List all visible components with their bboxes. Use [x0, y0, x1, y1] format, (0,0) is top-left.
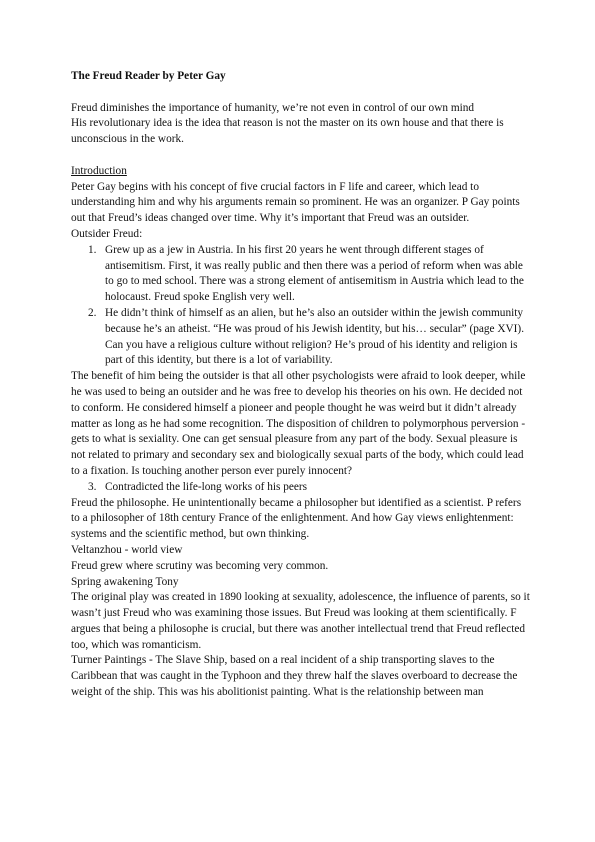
outsider-label: Outsider Freud:: [71, 227, 531, 243]
veltanzhou-line: Veltanzhou - world view: [71, 543, 531, 559]
introduction-paragraph: Peter Gay begins with his concept of fiv…: [71, 180, 531, 227]
list-number: 1.: [88, 243, 96, 259]
play-paragraph: The original play was created in 1890 lo…: [71, 590, 531, 653]
intro-line-2: His revolutionary idea is the idea that …: [71, 116, 531, 148]
list-text: Grew up as a jew in Austria. In his firs…: [105, 244, 524, 303]
list-item: 1. Grew up as a jew in Austria. In his f…: [71, 243, 531, 306]
list-item: 2. He didn’t think of himself as an alie…: [71, 306, 531, 369]
document-title: The Freud Reader by Peter Gay: [71, 69, 531, 85]
spacer: [71, 148, 531, 164]
list-number: 3.: [88, 480, 96, 496]
list-text: He didn’t think of himself as an alien, …: [105, 307, 524, 366]
list-text: Contradicted the life-long works of his …: [105, 481, 307, 493]
philosophe-paragraph: Freud the philosophe. He unintentionally…: [71, 496, 531, 543]
turner-paragraph: Turner Paintings - The Slave Ship, based…: [71, 653, 531, 700]
benefit-paragraph: The benefit of him being the outsider is…: [71, 369, 531, 480]
list-number: 2.: [88, 306, 96, 322]
spring-awakening-line: Spring awakening Tony: [71, 575, 531, 591]
document-page: The Freud Reader by Peter Gay Freud dimi…: [71, 69, 531, 701]
list-item: 3. Contradicted the life-long works of h…: [71, 480, 531, 496]
outsider-list: 1. Grew up as a jew in Austria. In his f…: [71, 243, 531, 369]
outsider-list-continued: 3. Contradicted the life-long works of h…: [71, 480, 531, 496]
introduction-heading: Introduction: [71, 164, 531, 180]
intro-line-1: Freud diminishes the importance of human…: [71, 101, 531, 117]
scrutiny-line: Freud grew where scrutiny was becoming v…: [71, 559, 531, 575]
